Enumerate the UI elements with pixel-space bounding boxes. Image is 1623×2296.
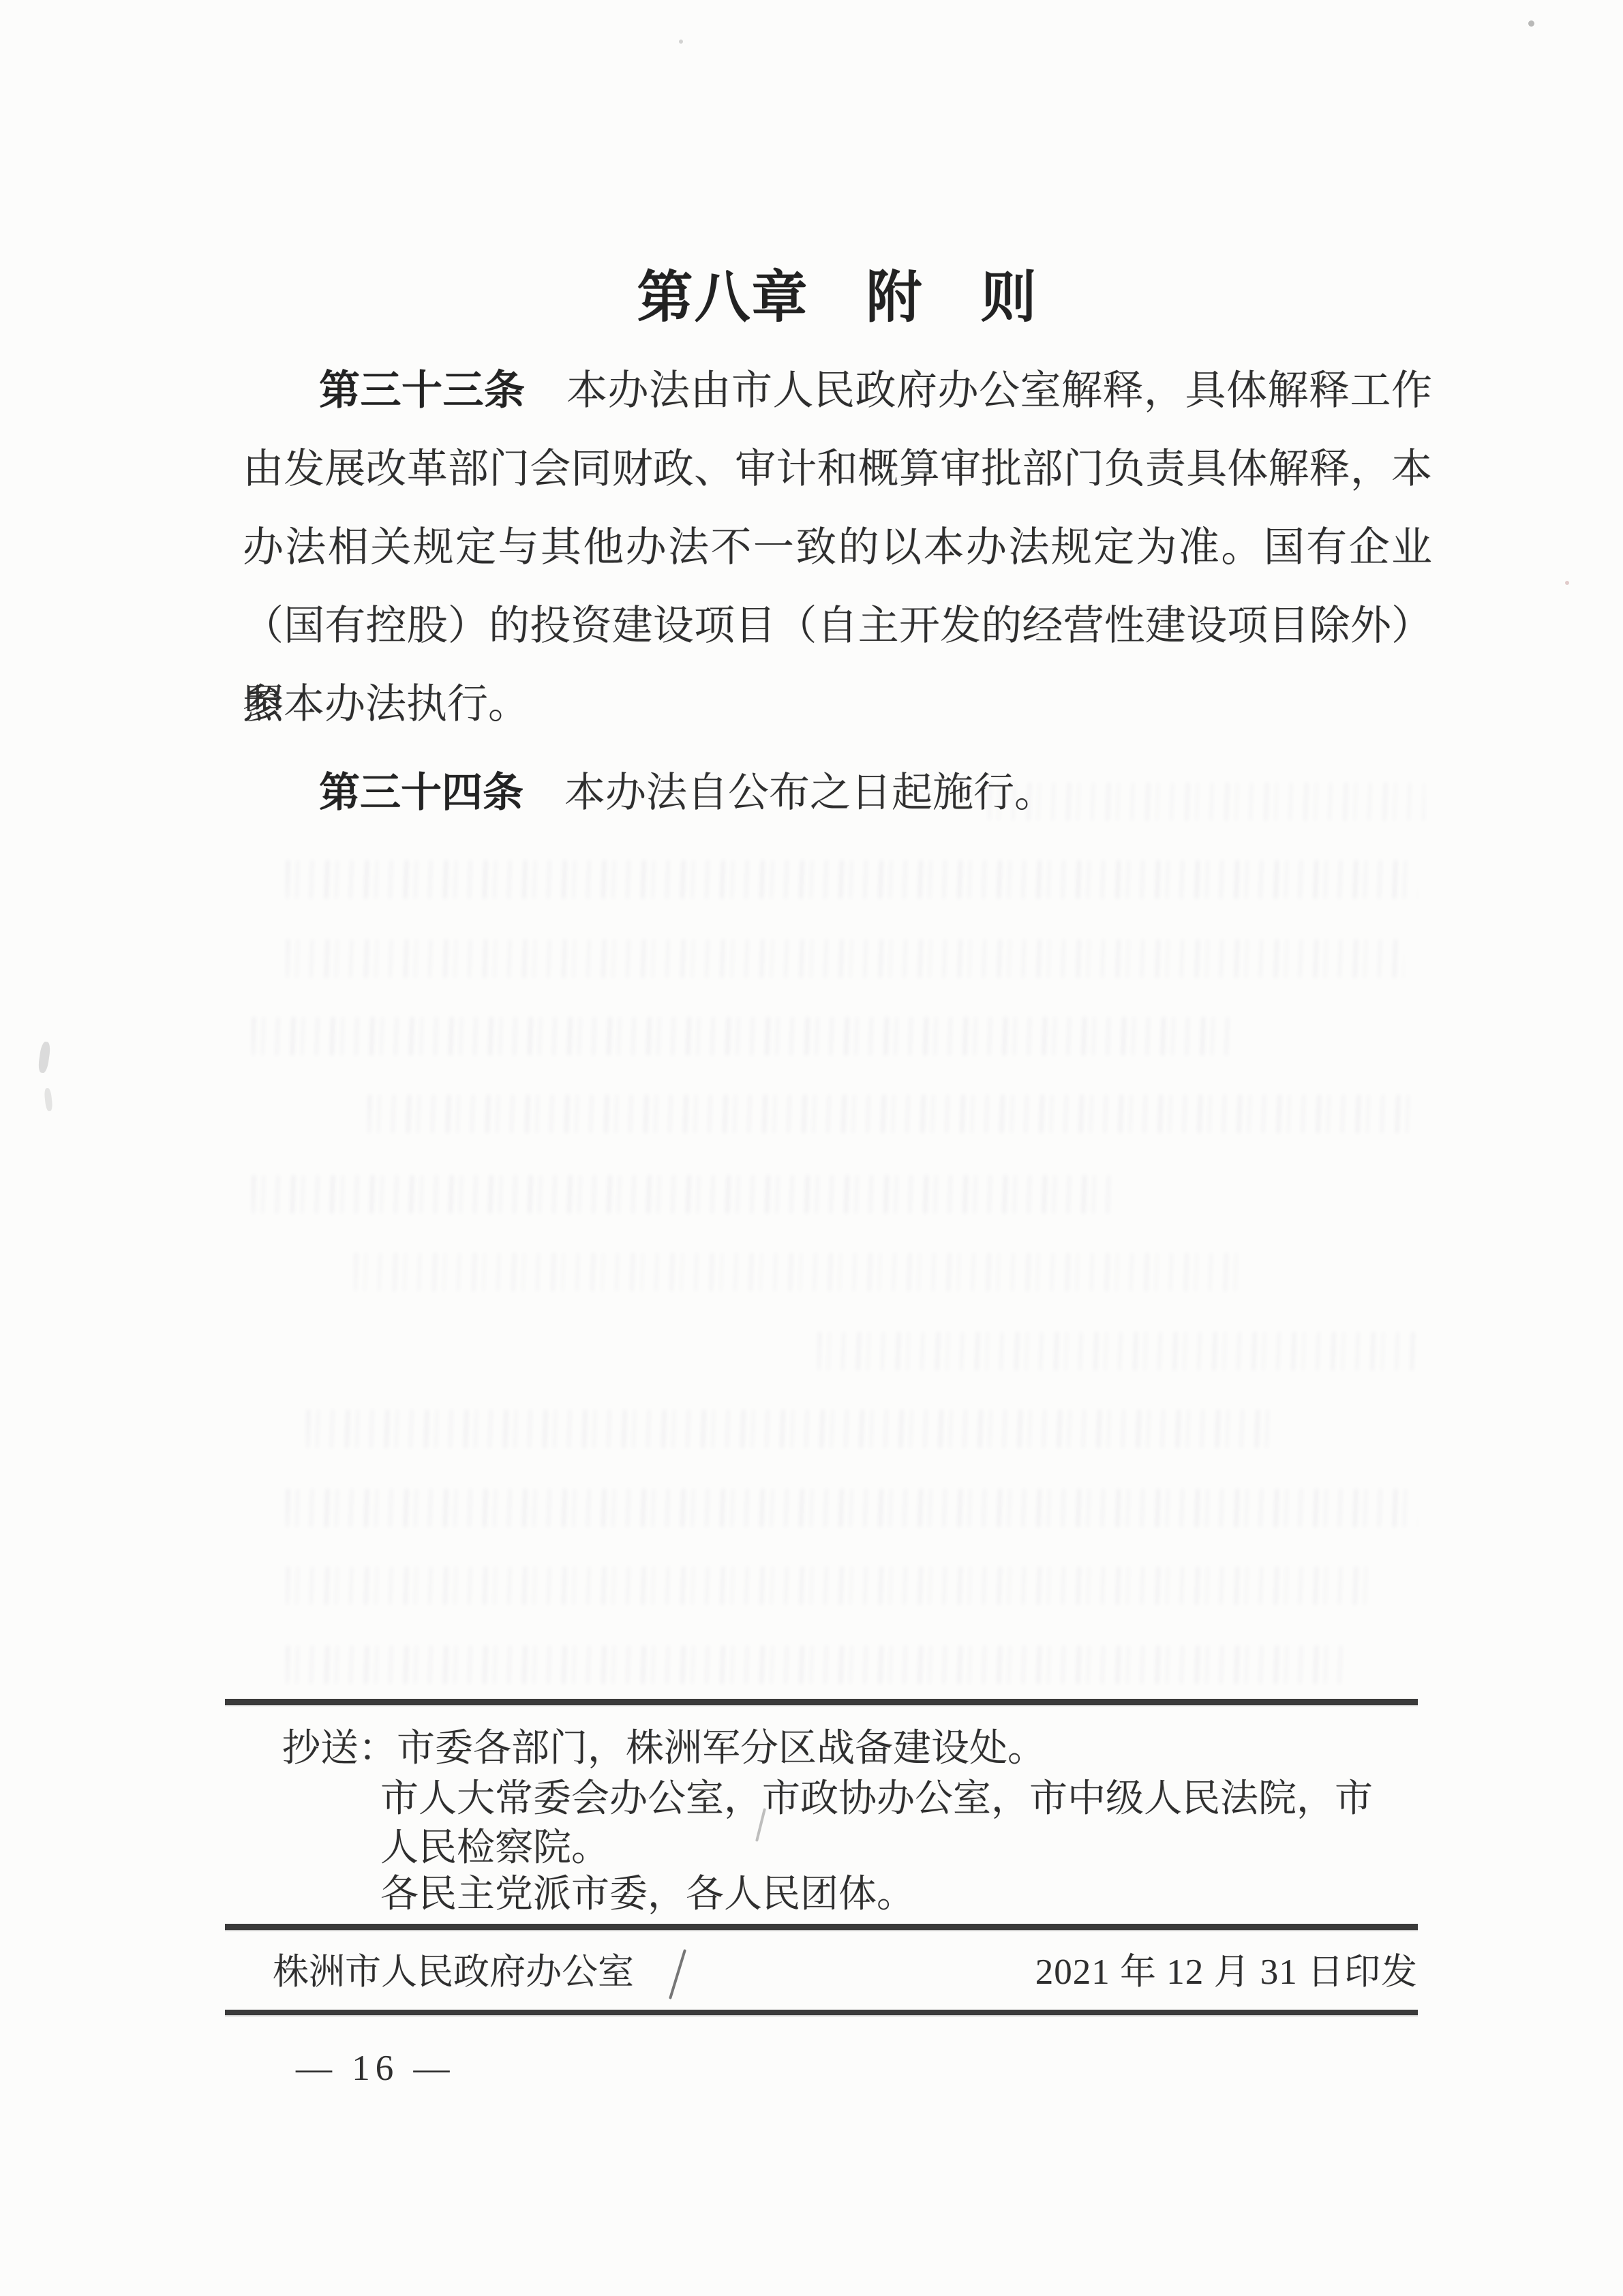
bleed-through-row bbox=[286, 1567, 1377, 1605]
text-line: 由发展改革部门会同财政、审计和概算审批部门负责具体解释，本 bbox=[243, 430, 1432, 509]
bleed-through-row bbox=[286, 1646, 1350, 1684]
bleed-through-row bbox=[286, 1489, 1418, 1527]
article-number: 第三十三条 bbox=[319, 368, 526, 413]
cc-line: 抄送：市委各部门，株洲军分区战备建设处。 bbox=[282, 1723, 1046, 1774]
ink-speck bbox=[1528, 20, 1534, 27]
cc-text: 市委各部门，株洲军分区战备建设处。 bbox=[397, 1727, 1046, 1770]
bleed-through-row bbox=[286, 939, 1404, 978]
text-line: （国有控股）的投资建设项目（自主开发的经营性建设项目除外）参 bbox=[243, 587, 1432, 665]
document-page: 第八章 附 则 第三十三条 本办法由市人民政府办公室解释，具体解释工作 由发展改… bbox=[0, 0, 1623, 2296]
text-line: 照本办法执行。 bbox=[243, 665, 1432, 744]
bleed-through-row bbox=[354, 1253, 1241, 1291]
ink-speck bbox=[1565, 581, 1569, 585]
divider-rule-top bbox=[225, 1699, 1418, 1705]
divider-rule-bottom bbox=[225, 2010, 1418, 2015]
margin-smudge bbox=[37, 1041, 51, 1074]
text-run: 本办法由市人民政府办公室解释，具体解释工作 bbox=[526, 368, 1433, 413]
article-number: 第三十四条 bbox=[319, 770, 524, 815]
margin-smudge bbox=[44, 1088, 52, 1112]
article-34-line: 第三十四条 本办法自公布之日起施行。 bbox=[319, 754, 1055, 832]
ink-speck bbox=[679, 40, 683, 44]
print-date: 2021 年 12 月 31 日印发 bbox=[1035, 1948, 1418, 1996]
text-line: 第三十三条 本办法由市人民政府办公室解释，具体解释工作 bbox=[243, 352, 1432, 430]
page-number: — 16 — bbox=[296, 2048, 455, 2089]
pen-mark-slash bbox=[669, 1949, 686, 1999]
bleed-through-row bbox=[286, 860, 1418, 898]
cc-label: 抄送： bbox=[282, 1727, 397, 1770]
chapter-heading: 第八章 附 则 bbox=[243, 260, 1432, 335]
text-run: 本办法自公布之日起施行。 bbox=[524, 770, 1055, 815]
bleed-through-row bbox=[252, 1017, 1234, 1055]
cc-line: 市人大常委会办公室，市政协办公室，市中级人民法院，市 bbox=[380, 1774, 1373, 1824]
issuer-text: 株洲市人民政府办公室 bbox=[273, 1948, 634, 1996]
divider-rule-middle bbox=[225, 1924, 1418, 1930]
bleed-through-row bbox=[818, 1332, 1418, 1370]
bleed-through-row bbox=[252, 1175, 1118, 1213]
bleed-through-row bbox=[988, 783, 1425, 821]
cc-line: 人民检察院。 bbox=[380, 1823, 609, 1873]
bleed-through-row bbox=[307, 1410, 1275, 1448]
article-33-paragraph: 第三十三条 本办法由市人民政府办公室解释，具体解释工作 由发展改革部门会同财政、… bbox=[243, 352, 1432, 744]
text-line: 办法相关规定与其他办法不一致的以本办法规定为准。国有企业 bbox=[243, 509, 1432, 587]
cc-line: 各民主党派市委，各人民团体。 bbox=[380, 1869, 915, 1920]
bleed-through-row bbox=[368, 1095, 1411, 1133]
